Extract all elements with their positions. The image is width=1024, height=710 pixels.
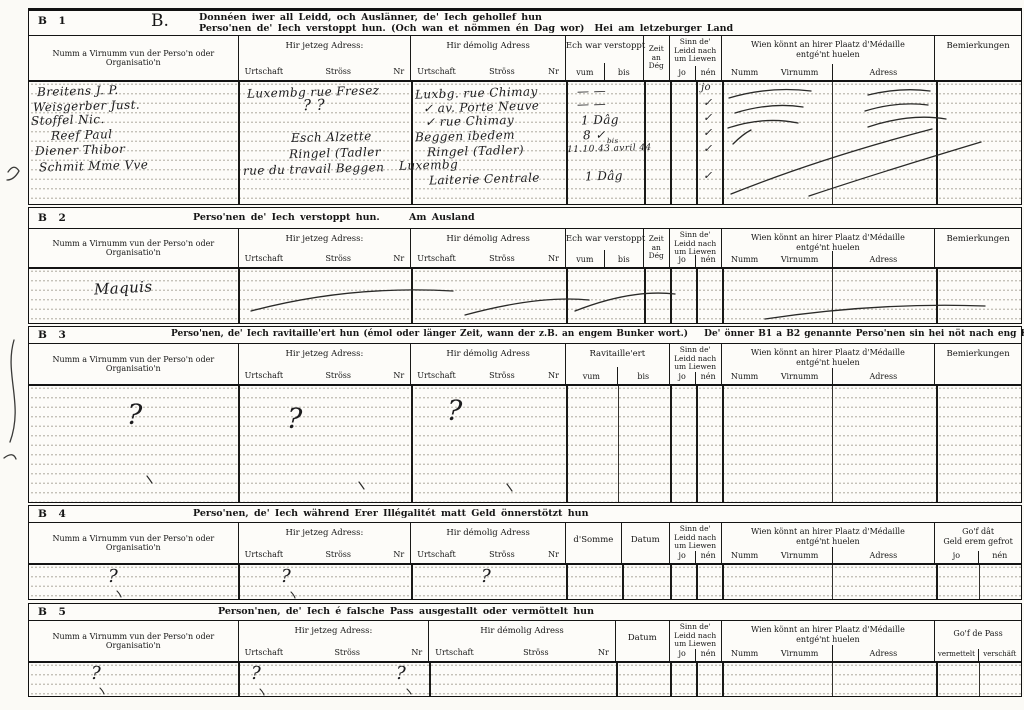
medaille-line1: Wien könnt an hirer Plaatz d'Médaille [722, 527, 935, 537]
b3-col-medaille: Wien könnt an hirer Plaatz d'Médailleent… [721, 344, 935, 384]
b1-col-demolig: Hir démolig Adress UrtschaftStrössNr [410, 36, 565, 80]
urtschaft-label: Urtschaft [417, 254, 455, 263]
name-col-label: Numm a Virnumm vun der Perso'n oder Orga… [35, 632, 232, 650]
medaille-label: Wien könnt an hirer Plaatz d'Médailleent… [722, 348, 935, 367]
b2-col-medaille: Wien könnt an hirer Plaatz d'Médailleent… [721, 229, 935, 267]
ravitailleert-label: Ravitaille'ert [566, 349, 669, 359]
jo-nen: jonén [670, 372, 721, 384]
jetzeg-sublabels: UrtschaftStrössNr [245, 550, 405, 559]
medaille-label: Wien könnt an hirer Plaatz d'Médailleent… [722, 233, 935, 252]
pass-sublabels: vermetteltverschäft [935, 649, 1021, 661]
b1-section-label: B 1 [38, 15, 70, 27]
handwritten-duration: 1 Dâg [585, 169, 623, 184]
column-divider [670, 269, 672, 323]
section-b4: B 4 Perso'nen, de' Iech während Erer Ill… [28, 505, 1022, 600]
bemierkungen-label: Bemierkungen [935, 234, 1021, 244]
nr-label: Nr [393, 67, 404, 76]
stray-marks [29, 663, 1023, 696]
column-divider [696, 565, 698, 599]
zeit-word3: Dég [649, 62, 664, 71]
numm-label: Numm [722, 255, 768, 267]
adress-label: Adress [832, 645, 935, 661]
sinn-line3: um Liewen [670, 363, 721, 372]
urtschaft-label: Urtschaft [245, 550, 283, 559]
b2-column-header: Numm a Virnumm vun der Perso'n oder Orga… [29, 229, 1021, 269]
b5-col-sinn: Sinn de'Leidd nachum Liewen jonén [669, 621, 721, 661]
b3-title2-text: De' önner B1 a B2 genannte Perso'nen sin… [704, 329, 1024, 339]
jetzeg-label: Hir jetzeg Adress: [239, 234, 411, 244]
handwritten-dash: — — [577, 97, 606, 112]
verstoppt-label: Ech war verstoppt [566, 41, 643, 51]
handwritten-duration: 1 Dâg [581, 113, 619, 128]
geld-jo-nen: jonén [935, 551, 1021, 563]
b5-title: Person'nen, de' Iech é falsche Pass ausg… [218, 606, 594, 617]
b2-title-right-text: Am Ausland [409, 212, 475, 223]
b3-col-ravitailleert: Ravitaille'ert vumbis [565, 344, 669, 384]
virnumm-label: Virnumm [768, 68, 832, 80]
name-col-label: Numm a Virnumm vun der Perso'n oder Orga… [35, 355, 232, 373]
urtschaft-label: Urtschaft [417, 371, 455, 380]
sinn-label: Sinn de'Leidd nachum Liewen [670, 623, 721, 649]
handwritten-name: Breitens J. P. [37, 83, 119, 99]
column-divider [238, 269, 240, 323]
b2-col-zeit: ZeitanDég [643, 229, 669, 267]
handwritten-question: ? [481, 566, 492, 587]
handwritten-check: ✓ [703, 126, 713, 139]
b5-col-medaille: Wien könnt an hirer Plaatz d'Médailleent… [721, 621, 935, 661]
b3-title-text: Perso'nen, de' Iech ravitaille'ert hun (… [171, 329, 688, 339]
jo-label: jo [670, 66, 695, 80]
b2-col-sinn: Sinn de'Leidd nachum Liewen jonén [669, 229, 721, 267]
handwritten-address: rue du travail Beggen [243, 160, 385, 178]
b3-col-jetzeg: Hir jetzeg Adress: UrtschaftStrössNr [238, 344, 411, 384]
sinn-label: Sinn de'Leidd nachum Liewen [670, 525, 721, 551]
medaille-line1: Wien könnt an hirer Plaatz d'Médaille [722, 233, 935, 243]
zeit-label: ZeitanDég [644, 229, 669, 267]
jetzeg-sublabels: UrtschaftStrössNr [245, 648, 423, 657]
column-divider [722, 386, 724, 502]
virnumm-label: Virnumm [768, 372, 832, 384]
medaille-sublabels: NummVirnummAdress [722, 251, 935, 267]
vum-label: vum [566, 250, 604, 267]
jo-label: jo [670, 551, 695, 563]
column-divider [644, 269, 646, 323]
demolig-sublabels: UrtschaftStrössNr [417, 254, 559, 263]
handwritten-question: ? [91, 663, 102, 684]
handwritten-entry: Maquis [94, 277, 153, 298]
handwritten-name: Reef Paul [51, 127, 113, 143]
handwritten-question: ? [446, 394, 463, 428]
numm-label: Numm [722, 649, 768, 661]
column-divider [696, 386, 698, 502]
bemierkungen-label: Bemierkungen [935, 349, 1021, 359]
nen-label: nén [978, 551, 1021, 563]
geld-line2: Geld erem gefrot [935, 537, 1021, 547]
verstoppt-label: Ech war verstoppt [566, 234, 643, 244]
column-divider [238, 565, 240, 599]
virnumm-label: Virnumm [768, 255, 832, 267]
nr-label: Nr [393, 371, 404, 380]
name-col-label: Numm a Virnumm vun der Perso'n oder Orga… [35, 534, 232, 552]
urtschaft-label: Urtschaft [245, 67, 283, 76]
handwritten-check: ✓ [703, 111, 713, 124]
form-sheet: B 1 B. Donnéen iwer all Leidd, och Auslä… [28, 8, 1022, 699]
medaille-sublabels: NummVirnummAdress [722, 64, 935, 80]
nen-label: nén [695, 372, 721, 384]
urtschaft-label: Urtschaft [245, 254, 283, 263]
medaille-line2: entgé'nt huelen [722, 537, 935, 547]
jo-nen: jonén [670, 649, 721, 661]
column-divider [832, 663, 833, 696]
b1-col-verstoppt: Ech war verstoppt vumbis [565, 36, 643, 80]
demolig-label: Hir démolig Adress [411, 528, 565, 538]
section-b5: B 5 Person'nen, de' Iech é falsche Pass … [28, 603, 1022, 697]
column-divider [622, 565, 624, 599]
nr-label: Nr [548, 371, 559, 380]
handwritten-question: ? [281, 566, 292, 587]
virnumm-label: Virnumm [768, 649, 832, 661]
b5-column-header: Numm a Virnumm vun der Perso'n oder Orga… [29, 621, 1021, 663]
stray-marks [29, 386, 1023, 502]
b1-col-bemierkungen: Bemierkungen [934, 36, 1021, 80]
scanned-form-page: { "colors": {"paper": "#fbfaf6", "ink": … [0, 0, 1024, 710]
stross-label: Ströss [523, 648, 549, 657]
sinn-line3: um Liewen [670, 55, 721, 64]
stray-marks [29, 565, 1023, 599]
medaille-sublabels: NummVirnummAdress [722, 368, 935, 384]
nen-label: nén [695, 551, 721, 563]
jetzeg-label: Hir jetzeg Adress: [239, 349, 411, 359]
medaille-label: Wien könnt an hirer Plaatz d'Médailleent… [722, 625, 935, 644]
handwritten-check: ✓ [703, 169, 713, 182]
b2-col-jetzeg: Hir jetzeg Adress: UrtschaftStrössNr [238, 229, 411, 267]
jo-label: jo [670, 255, 695, 267]
section-b1: B 1 B. Donnéen iwer all Leidd, och Auslä… [28, 8, 1022, 205]
column-divider [566, 386, 568, 502]
handwritten-name: Stoffel Nic. [31, 112, 105, 128]
handwritten-check: ✓ [703, 142, 713, 155]
bis-label: bis [617, 367, 669, 384]
medaille-sublabels: NummVirnummAdress [722, 547, 935, 563]
b1-title-line1: Donnéen iwer all Leidd, och Auslänner, d… [199, 12, 733, 23]
b4-section-label: B 4 [38, 508, 70, 520]
medaille-label: Wien könnt an hirer Plaatz d'Médailleent… [722, 527, 935, 546]
handwritten-address: Beggen ibedem [415, 128, 515, 145]
column-divider [566, 565, 568, 599]
jo-label: jo [670, 649, 695, 661]
b4-col-jetzeg: Hir jetzeg Adress: UrtschaftStrössNr [238, 523, 411, 563]
jo-nen: jonén [670, 255, 721, 267]
b4-col-datum: Datum [621, 523, 669, 563]
demolig-sublabels: UrtschaftStrössNr [417, 550, 559, 559]
stross-label: Ströss [325, 254, 351, 263]
sinn-label: Sinn de'Leidd nachum Liewen [670, 231, 721, 257]
column-divider [566, 269, 568, 323]
b1-title-line2: Perso'nen de' Iech verstoppt hun. (Och w… [199, 23, 733, 34]
column-divider [722, 565, 724, 599]
jo-nen: jonén [670, 66, 721, 80]
nr-label: Nr [393, 550, 404, 559]
b1-title-line2-text: Perso'nen de' Iech verstoppt hun. (Och w… [199, 23, 584, 34]
column-divider [670, 386, 672, 502]
b3-col-demolig: Hir démolig Adress UrtschaftStrössNr [410, 344, 565, 384]
column-divider [936, 565, 938, 599]
numm-label: Numm [722, 68, 768, 80]
column-divider [616, 663, 618, 696]
vermettelt-label: vermettelt [935, 649, 977, 661]
medaille-line2: entgé'nt huelen [722, 50, 935, 60]
b3-col-bemierkungen: Bemierkungen [934, 344, 1021, 384]
b5-col-jetzeg: Hir jetzeg Adress: UrtschaftStrössNr [238, 621, 429, 661]
b4-col-geld: Go'f dâtGeld erem gefrot jonén [934, 523, 1021, 563]
b2-section-label: B 2 [38, 212, 70, 224]
column-divider [832, 269, 833, 323]
b4-title-text: Perso'nen, de' Iech während Erer Illégal… [193, 508, 588, 519]
nr-label: Nr [393, 254, 404, 263]
handwritten-address: Ringel (Tadler [289, 145, 381, 161]
b3-col-sinn: Sinn de'Leidd nachum Liewen jonén [669, 344, 721, 384]
zeit-word3: Dég [649, 252, 664, 261]
handwritten-address: ✓ rue Chimay [425, 113, 514, 129]
column-divider [618, 386, 619, 502]
nen-label: nén [695, 649, 721, 661]
column-divider [670, 82, 672, 204]
column-divider [936, 386, 938, 502]
handwritten-bis: bis [607, 137, 619, 145]
datum-label: Datum [616, 621, 669, 643]
column-divider [411, 565, 413, 599]
column-divider [936, 663, 938, 696]
demolig-label: Hir démolig Adress [411, 349, 565, 359]
stross-label: Ströss [489, 371, 515, 380]
section-b3: B 3 Perso'nen, de' Iech ravitaille'ert h… [28, 326, 1022, 503]
column-divider [832, 565, 833, 599]
column-divider [411, 269, 413, 323]
vum-label: vum [566, 367, 617, 384]
zeit-label: ZeitanDég [644, 36, 669, 80]
column-divider [411, 82, 413, 204]
b2-title-right: Am Ausland [409, 212, 475, 223]
handwritten-question: ? [126, 398, 143, 432]
stross-label: Ströss [489, 550, 515, 559]
adress-label: Adress [832, 547, 935, 563]
b4-col-name: Numm a Virnumm vun der Perso'n oder Orga… [29, 523, 238, 563]
column-divider [722, 269, 724, 323]
urtschaft-label: Urtschaft [417, 67, 455, 76]
sinn-label: Sinn de'Leidd nachum Liewen [670, 346, 721, 372]
b2-col-bemierkungen: Bemierkungen [934, 229, 1021, 267]
b1-big-letter: B. [151, 11, 169, 31]
b4-column-header: Numm a Virnumm vun der Perso'n oder Orga… [29, 523, 1021, 565]
nr-label: Nr [548, 67, 559, 76]
b2-title-text: Perso'nen de' Iech verstoppt hun. [193, 212, 380, 223]
column-divider [696, 269, 698, 323]
handwritten-question: ? [108, 566, 119, 587]
column-divider [670, 565, 672, 599]
b4-title-band: B 4 Perso'nen, de' Iech während Erer Ill… [29, 506, 1021, 523]
medaille-label: Wien könnt an hirer Plaatz d'Médailleent… [722, 40, 935, 59]
stross-label: Ströss [489, 67, 515, 76]
b5-body: ? ? ? [29, 663, 1021, 696]
vum-bis: vumbis [566, 250, 643, 267]
b4-col-demolig: Hir démolig Adress UrtschaftStrössNr [410, 523, 565, 563]
b5-col-demolig: Hir démolig Adress UrtschaftStrössNr [428, 621, 615, 661]
demolig-label: Hir démolig Adress [411, 234, 565, 244]
handwritten-address: Esch Alzette [291, 129, 372, 145]
b5-col-name: Numm a Virnumm vun der Perso'n oder Orga… [29, 621, 238, 661]
section-b2: B 2 Perso'nen de' Iech verstoppt hun. Am… [28, 207, 1022, 324]
stross-label: Ströss [325, 67, 351, 76]
b5-col-datum: Datum [615, 621, 669, 661]
datum-label: Datum [622, 523, 669, 545]
column-divider [979, 663, 980, 696]
handwritten-address: Laiterie Centrale [429, 171, 540, 188]
crossout-strokes [29, 269, 1023, 323]
b1-title: Donnéen iwer all Leidd, och Auslänner, d… [199, 12, 733, 34]
bis-label: bis [604, 63, 643, 80]
urtschaft-label: Urtschaft [435, 648, 473, 657]
handwritten-question: ? [396, 663, 407, 684]
medaille-line1: Wien könnt an hirer Plaatz d'Médaille [722, 40, 935, 50]
nr-label: Nr [548, 254, 559, 263]
jetzeg-sublabels: UrtschaftStrössNr [245, 371, 405, 380]
numm-label: Numm [722, 372, 768, 384]
pass-line1: Go'f de Pass [935, 629, 1021, 639]
column-divider [566, 82, 568, 204]
jetzeg-sublabels: UrtschaftStrössNr [245, 254, 405, 263]
jetzeg-sublabels: UrtschaftStrössNr [245, 67, 405, 76]
column-divider [238, 386, 240, 502]
jetzeg-label: Hir jetzeg Adress: [239, 528, 411, 538]
b2-body: Maquis [29, 269, 1021, 323]
handwritten-duration: 8 ✓ [583, 128, 606, 143]
nen-label: nén [695, 255, 721, 267]
b5-title-band: B 5 Person'nen, de' Iech é falsche Pass … [29, 604, 1021, 621]
adress-label: Adress [832, 64, 935, 80]
adress-label: Adress [832, 368, 935, 384]
column-divider [670, 663, 672, 696]
handwritten-name: Diener Thibor [35, 142, 126, 158]
b2-col-verstoppt: Ech war verstoppt vumbis [565, 229, 643, 267]
virnumm-label: Virnumm [768, 551, 832, 563]
adress-label: Adress [832, 251, 935, 267]
demolig-label: Hir démolig Adress [411, 41, 565, 51]
dsomme-label: d'Somme [566, 523, 621, 545]
b1-col-name: Numm a Virnumm vun der Perso'n oder Orga… [29, 36, 238, 80]
demolig-sublabels: UrtschaftStrössNr [417, 67, 559, 76]
b2-title: Perso'nen de' Iech verstoppt hun. [193, 212, 380, 223]
column-divider [238, 663, 240, 696]
demolig-label: Hir démolig Adress [429, 626, 615, 636]
column-divider [722, 663, 724, 696]
urtschaft-label: Urtschaft [245, 648, 283, 657]
stross-label: Ströss [334, 648, 360, 657]
b1-col-medaille: Wien könnt an hirer Plaatz d'Médailleent… [721, 36, 935, 80]
handwritten-check: ✓ [703, 96, 713, 109]
b3-column-header: Numm a Virnumm vun der Perso'n oder Orga… [29, 344, 1021, 386]
geld-line1: Go'f dât [935, 527, 1021, 537]
column-divider [979, 565, 980, 599]
pass-label: Go'f de Pass [935, 629, 1021, 639]
column-divider [696, 82, 698, 204]
bis-label: bis [604, 250, 643, 267]
stross-label: Ströss [325, 371, 351, 380]
b2-col-demolig: Hir démolig Adress UrtschaftStrössNr [410, 229, 565, 267]
jo-label: jo [670, 372, 695, 384]
b4-body: ? ? ? [29, 565, 1021, 599]
demolig-sublabels: UrtschaftStrössNr [417, 371, 559, 380]
name-col-label: Numm a Virnumm vun der Perso'n oder Orga… [35, 49, 232, 67]
medaille-line2: entgé'nt huelen [722, 635, 935, 645]
handwritten-question: ? ? [303, 96, 326, 115]
geld-label: Go'f dâtGeld erem gefrot [935, 527, 1021, 546]
column-divider [722, 82, 724, 204]
b1-title-right: Hei am letzeburger Land [594, 23, 733, 34]
b3-title: Perso'nen, de' Iech ravitaille'ert hun (… [171, 329, 1024, 340]
b3-title-band: B 3 Perso'nen, de' Iech ravitaille'ert h… [29, 327, 1021, 344]
column-divider [696, 663, 698, 696]
b4-title: Perso'nen, de' Iech während Erer Illégal… [193, 508, 588, 519]
b4-col-dsomme: d'Somme [565, 523, 621, 563]
medaille-line1: Wien könnt an hirer Plaatz d'Médaille [722, 348, 935, 358]
b1-column-header: Numm a Virnumm vun der Perso'n oder Orga… [29, 36, 1021, 82]
medaille-sublabels: NummVirnummAdress [722, 645, 935, 661]
b1-col-jetzeg: Hir jetzeg Adress: UrtschaftStrössNr [238, 36, 411, 80]
medaille-line2: entgé'nt huelen [722, 358, 935, 368]
b1-col-zeit: ZeitanDég [643, 36, 669, 80]
jo-label: jo [935, 551, 977, 563]
column-divider [832, 386, 833, 502]
handwritten-jo: jo [701, 82, 711, 93]
nr-label: Nr [411, 648, 422, 657]
urtschaft-label: Urtschaft [417, 550, 455, 559]
sinn-line3: um Liewen [670, 640, 721, 649]
b1-title-band: B 1 B. Donnéen iwer all Leidd, och Auslä… [29, 11, 1021, 36]
nr-label: Nr [548, 550, 559, 559]
handwritten-question: ? [286, 402, 303, 436]
column-divider [411, 386, 413, 502]
jetzeg-label: Hir jetzeg Adress: [239, 41, 411, 51]
handwritten-address: Luxembg [399, 157, 458, 173]
sinn-line3: um Liewen [670, 542, 721, 551]
demolig-sublabels: UrtschaftStrössNr [435, 648, 609, 657]
b4-col-sinn: Sinn de'Leidd nachum Liewen jonén [669, 523, 721, 563]
vum-bis: vumbis [566, 63, 643, 80]
stross-label: Ströss [489, 254, 515, 263]
column-divider [238, 82, 240, 204]
name-col-label: Numm a Virnumm vun der Perso'n oder Orga… [35, 239, 232, 257]
nr-label: Nr [598, 648, 609, 657]
bemierkungen-label: Bemierkungen [935, 41, 1021, 51]
vum-label: vum [566, 63, 604, 80]
b2-title-band: B 2 Perso'nen de' Iech verstoppt hun. Am… [29, 208, 1021, 229]
column-divider [936, 269, 938, 323]
b1-col-sinn: Sinn de'Leidd nachum Liewen jonén [669, 36, 721, 80]
stross-label: Ströss [325, 550, 351, 559]
jetzeg-label: Hir jetzeg Adress: [239, 626, 429, 636]
numm-label: Numm [722, 551, 768, 563]
b3-col-name: Numm a Virnumm vun der Perso'n oder Orga… [29, 344, 238, 384]
sinn-label: Sinn de'Leidd nachum Liewen [670, 38, 721, 64]
b4-col-medaille: Wien könnt an hirer Plaatz d'Médailleent… [721, 523, 935, 563]
jo-nen: jonén [670, 551, 721, 563]
column-divider [936, 82, 938, 204]
b1-body: Breitens J. P. Weisgerber Just. Stoffel … [29, 82, 1021, 204]
b3-section-label: B 3 [38, 329, 70, 341]
b3-body: ? ? ? [29, 386, 1021, 502]
handwritten-name: Schmit Mme Vve [39, 158, 149, 175]
urtschaft-label: Urtschaft [245, 371, 283, 380]
